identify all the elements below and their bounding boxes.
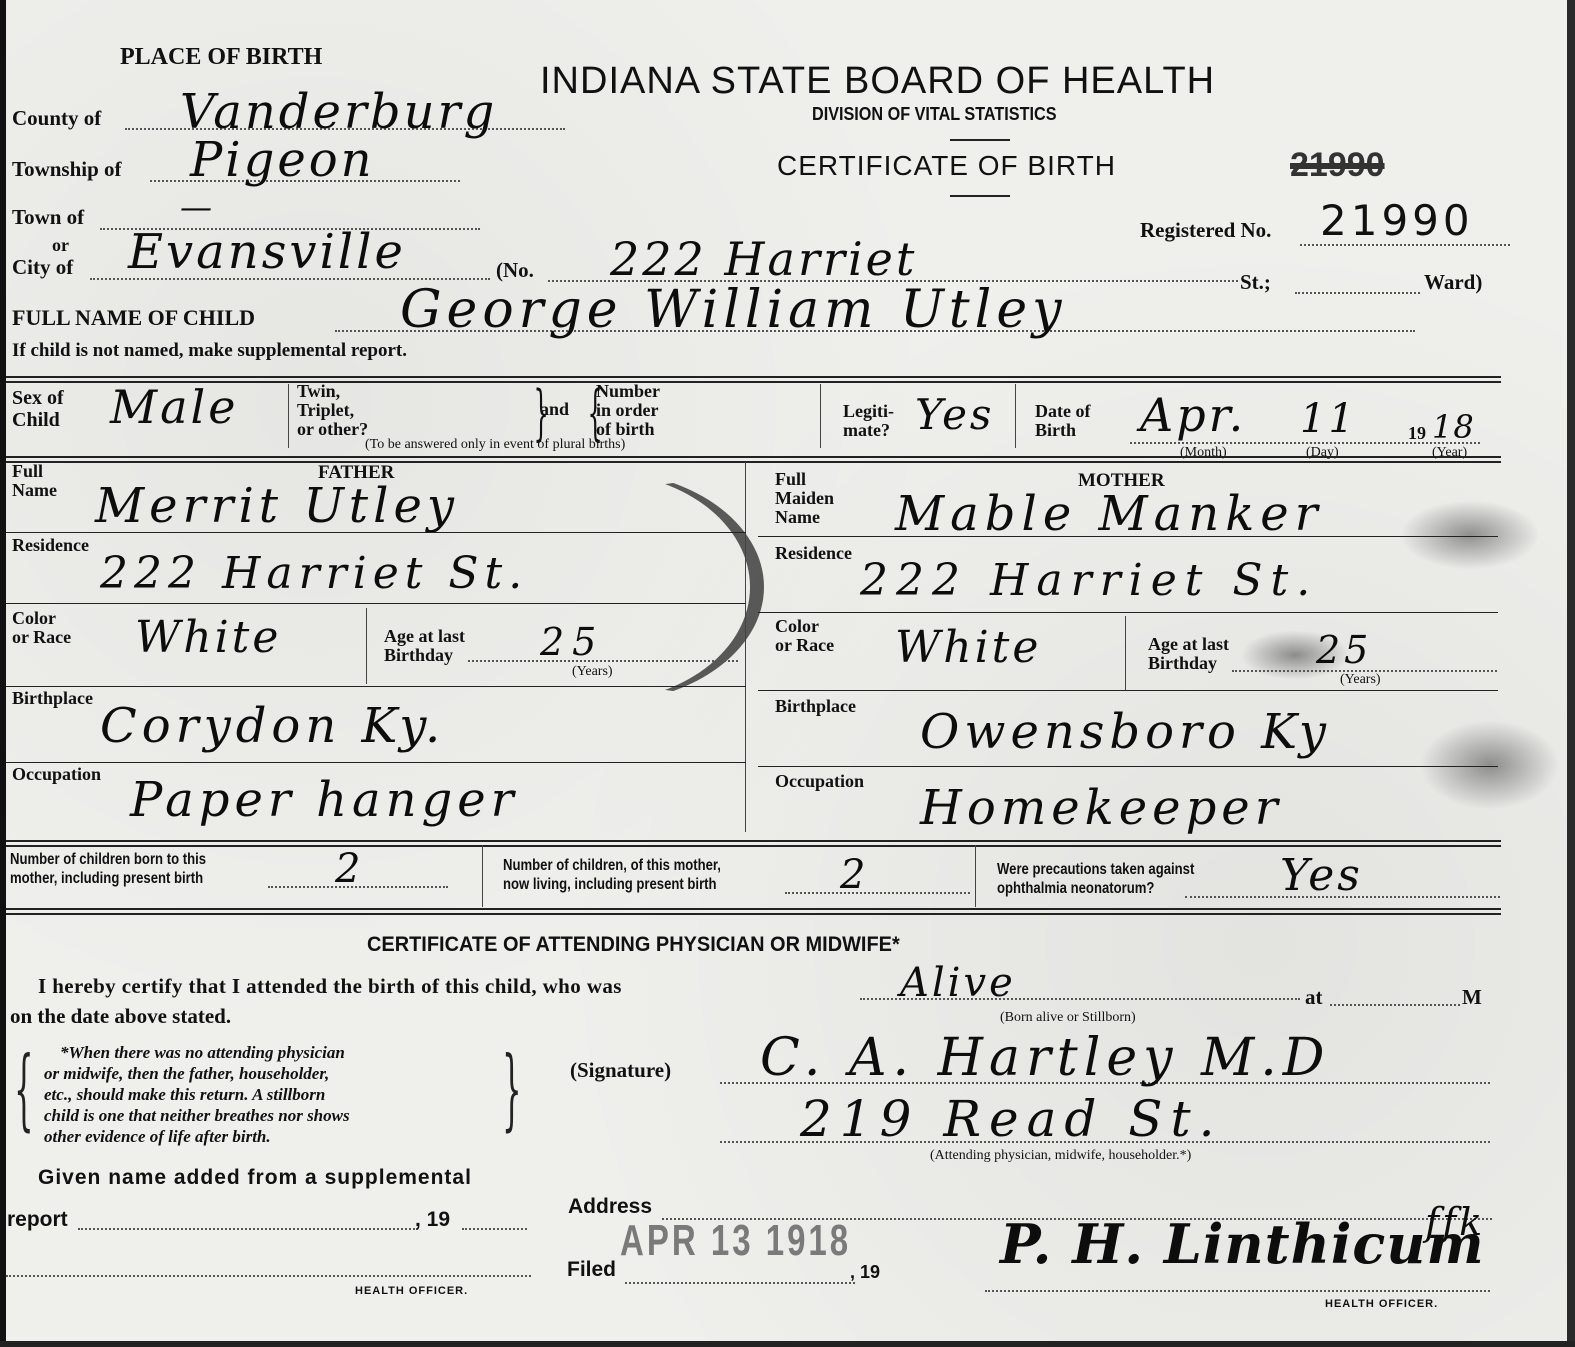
born-alive-caption: (Born alive or Stillborn) <box>1000 1010 1136 1026</box>
health-officer-caption: HEALTH OFFICER. <box>1325 1298 1438 1310</box>
divider <box>950 195 1010 197</box>
row-divider <box>6 532 746 533</box>
legitimate-label-line: mate? <box>843 421 894 440</box>
row-divider <box>6 686 746 687</box>
physician-section-title: CERTIFICATE OF ATTENDING PHYSICIAN OR MI… <box>367 933 900 957</box>
mother-name-value: Mable Manker <box>895 486 1324 542</box>
column-divider <box>482 845 483 907</box>
label-line: Name <box>775 508 834 527</box>
dob-year-prefix: 19 <box>1408 424 1426 443</box>
father-name-label: Full Name <box>12 462 57 500</box>
street-value: 222 Harriet <box>610 232 917 286</box>
sex-label-line: Sex of <box>12 387 64 409</box>
father-occupation-label: Occupation <box>12 765 101 784</box>
town-label: Town of <box>12 205 84 230</box>
division-subtitle: DIVISION OF VITAL STATISTICS <box>812 104 1057 125</box>
label-line: Color <box>775 617 834 636</box>
ward-label: Ward) <box>1424 270 1482 295</box>
mother-color-label: Color or Race <box>775 617 834 655</box>
m-label: M <box>1462 985 1482 1010</box>
signer-caption: (Attending physician, midwife, household… <box>930 1148 1191 1164</box>
divider <box>950 139 1010 141</box>
township-label: Township of <box>12 157 122 182</box>
right-brace-icon: } <box>502 1034 522 1144</box>
label-line: Full <box>12 462 57 481</box>
report-year-prefix: , 19 <box>415 1208 450 1232</box>
town-value: — <box>180 188 215 226</box>
dob-month-value: Apr. <box>1140 388 1246 442</box>
ink-smudge <box>1420 720 1560 810</box>
physician-signature: C. A. Hartley M.D <box>760 1028 1330 1088</box>
mother-age-label: Age at last Birthday <box>1148 635 1229 673</box>
column-divider <box>975 845 976 907</box>
column-divider <box>820 384 821 448</box>
father-age-label: Age at last Birthday <box>384 627 465 665</box>
street-suffix-label: St.; <box>1240 270 1271 295</box>
children-living-label: Number of children, of this mother, now … <box>503 856 721 894</box>
father-residence-label: Residence <box>12 536 89 555</box>
children-born-label: Number of children born to this mother, … <box>10 850 206 888</box>
certify-statement: I hereby certify that I attended the bir… <box>38 974 622 999</box>
dob-label-line: Birth <box>1035 421 1090 440</box>
at-label: at <box>1305 985 1323 1010</box>
dotted-line <box>1300 244 1510 246</box>
sex-value: Male <box>110 380 238 434</box>
sex-label: Sex of Child <box>12 387 64 431</box>
footnote-line: *When there was no attending physician <box>44 1042 350 1063</box>
mother-residence-label: Residence <box>775 544 852 563</box>
column-divider <box>1015 384 1016 448</box>
dotted-line <box>6 1275 531 1277</box>
label-line: Birthday <box>384 646 465 665</box>
row-divider <box>758 612 1498 613</box>
column-divider <box>288 384 289 448</box>
order-label: Number in order of birth <box>596 382 660 439</box>
registered-no-value: 21990 <box>1320 196 1474 245</box>
footnote-line: other evidence of life after birth. <box>44 1126 350 1147</box>
label-line: or Race <box>775 636 834 655</box>
sex-label-line: Child <box>12 409 64 431</box>
column-divider <box>366 608 367 684</box>
child-name-label: FULL NAME OF CHILD <box>12 305 255 331</box>
dotted-line <box>1295 292 1420 294</box>
father-birthplace-value: Corydon Ky. <box>100 698 445 754</box>
label-line: Birthday <box>1148 654 1229 673</box>
father-occupation-value: Paper hanger <box>130 772 519 828</box>
row-divider <box>758 536 1498 537</box>
father-color-label: Color or Race <box>12 609 71 647</box>
plural-label: Twin, Triplet, or other? <box>297 382 368 439</box>
filed-date-stamp: APR 13 1918 <box>620 1216 851 1266</box>
footnote-line: or midwife, then the father, householder… <box>44 1063 350 1084</box>
mother-name-label: Full Maiden Name <box>775 470 834 527</box>
footnote-text: *When there was no attending physician o… <box>44 1042 350 1147</box>
row-divider <box>758 690 1498 691</box>
row-divider <box>758 766 1498 767</box>
dotted-line <box>78 1228 418 1230</box>
signature-label: (Signature) <box>570 1058 671 1083</box>
dotted-line <box>462 1228 527 1230</box>
column-divider <box>1125 616 1126 690</box>
right-border <box>1567 0 1575 1347</box>
legitimate-label: Legiti- mate? <box>843 402 894 440</box>
and-label: and <box>540 400 569 419</box>
given-name-text: Given name added from a supplemental <box>38 1166 472 1190</box>
label-line: Number of children, of this mother, <box>503 856 721 875</box>
legitimate-label-line: Legiti- <box>843 402 894 421</box>
health-officer-initials: ffk <box>1425 1200 1485 1244</box>
section-divider <box>6 456 1501 463</box>
township-value: Pigeon <box>190 132 375 188</box>
place-of-birth-heading: PLACE OF BIRTH <box>120 44 322 71</box>
label-line: Were precautions taken against <box>997 860 1194 879</box>
dob-day-value: 11 <box>1300 396 1357 442</box>
children-born-value: 2 <box>335 846 363 892</box>
legitimate-value: Yes <box>915 390 995 439</box>
date-above-text: on the date above stated. <box>10 1004 231 1029</box>
dotted-line <box>625 1282 855 1284</box>
label-line: Color <box>12 609 71 628</box>
mother-birthplace-value: Owensboro Ky <box>920 704 1331 760</box>
dotted-line <box>985 1290 1490 1292</box>
ophthalmia-value: Yes <box>1280 850 1363 901</box>
father-color-value: White <box>135 612 281 663</box>
children-living-value: 2 <box>840 852 868 898</box>
father-birthplace-label: Birthplace <box>12 689 93 708</box>
mother-occupation-label: Occupation <box>775 772 864 791</box>
plural-label-line: or other? <box>297 420 368 439</box>
label-line: mother, including present birth <box>10 869 206 888</box>
dob-year-value: 18 <box>1432 408 1475 446</box>
label-line: Name <box>12 481 57 500</box>
dotted-line <box>1130 442 1480 444</box>
child-name-value: George William Utley <box>400 280 1066 340</box>
father-name-value: Merrit Utley <box>95 478 459 534</box>
dob-label-line: Date of <box>1035 402 1090 421</box>
dotted-line <box>1330 1004 1460 1006</box>
footnote-line: child is one that neither breathes nor s… <box>44 1105 350 1126</box>
order-label-line: in order <box>596 401 660 420</box>
registered-no-label: Registered No. <box>1140 218 1271 243</box>
city-value: Evansville <box>128 224 406 280</box>
left-border <box>0 0 6 1347</box>
filed-year-prefix: , 19 <box>850 1262 880 1283</box>
label-line: Number of children born to this <box>10 850 206 869</box>
father-age-value: 25 <box>540 620 604 664</box>
county-label: County of <box>12 106 101 131</box>
mother-color-value: White <box>895 622 1041 673</box>
physician-address-value: 219 Read St. <box>800 1090 1223 1148</box>
or-label: or <box>52 236 69 255</box>
health-officer-signature: P. H. Linthicum <box>1000 1212 1485 1276</box>
plural-note: (To be answered only in event of plural … <box>365 437 625 453</box>
footnote-line: etc., should make this return. A stillbo… <box>44 1084 350 1105</box>
mother-residence-value: 222 Harriet St. <box>860 555 1318 606</box>
city-label: City of <box>12 255 73 280</box>
ophthalmia-label: Were precautions taken against ophthalmi… <box>997 860 1194 898</box>
mother-age-value: 25 <box>1316 628 1372 672</box>
label-line: Full <box>775 470 834 489</box>
birth-status-value: Alive <box>900 960 1016 1006</box>
label-line: Age at last <box>384 627 465 646</box>
mother-occupation-value: Homekeeper <box>920 780 1283 836</box>
not-named-note: If child is not named, make supplemental… <box>12 340 407 362</box>
section-divider <box>6 840 1501 847</box>
dob-label: Date of Birth <box>1035 402 1090 440</box>
struck-number: 21990 <box>1290 146 1385 185</box>
years-caption: (Years) <box>572 664 613 680</box>
report-label: report <box>7 1208 68 1232</box>
bottom-border <box>0 1341 1575 1347</box>
plural-label-line: Twin, <box>297 382 368 401</box>
column-divider <box>745 462 746 832</box>
label-line: ophthalmia neonatorum? <box>997 879 1194 898</box>
left-brace-icon: { <box>14 1034 34 1144</box>
years-caption: (Years) <box>1340 672 1381 688</box>
row-divider <box>6 762 746 763</box>
label-line: now living, including present birth <box>503 875 721 894</box>
document-title: CERTIFICATE OF BIRTH <box>777 150 1116 182</box>
plural-label-line: Triplet, <box>297 401 368 420</box>
label-line: Maiden <box>775 489 834 508</box>
birth-certificate: PLACE OF BIRTH INDIANA STATE BOARD OF HE… <box>0 0 1575 1347</box>
ink-smudge <box>1400 500 1540 570</box>
section-divider <box>6 908 1501 915</box>
order-label-line: Number <box>596 382 660 401</box>
label-line: Age at last <box>1148 635 1229 654</box>
filed-label: Filed <box>567 1258 616 1282</box>
row-divider <box>6 603 746 604</box>
father-residence-value: 222 Harriet St. <box>100 548 528 599</box>
dotted-line <box>785 892 970 894</box>
health-officer-caption: HEALTH OFFICER. <box>355 1285 468 1297</box>
label-line: or Race <box>12 628 71 647</box>
agency-title: INDIANA STATE BOARD OF HEALTH <box>540 60 1215 103</box>
mother-birthplace-label: Birthplace <box>775 697 856 716</box>
